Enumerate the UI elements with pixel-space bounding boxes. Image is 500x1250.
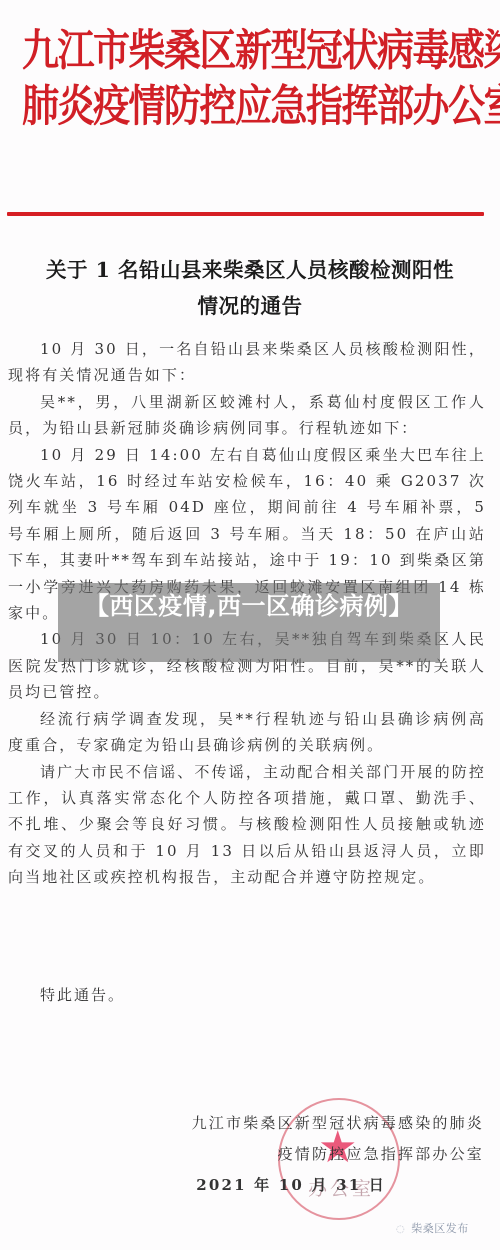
signature-block: 九江市柴桑区新型冠状病毒感染的肺炎 疫情防控应急指挥部办公室 2021 年 10…	[174, 1108, 484, 1201]
notice-document: 九江市柴桑区新型冠状病毒感染的 肺炎疫情防控应急指挥部办公室 关于 1 名铅山县…	[0, 0, 500, 1250]
signature-org-line-2: 疫情防控应急指挥部办公室	[174, 1139, 484, 1170]
body-paragraph-appeal: 请广大市民不信谣、不传谣，主动配合相关部门开展的防控工作，认真落实常态化个人防控…	[8, 759, 486, 891]
source-watermark: ◌柴桑区发布	[396, 1220, 469, 1236]
closing-remark: 特此通告。	[40, 984, 125, 1005]
issuing-authority-header: 九江市柴桑区新型冠状病毒感染的 肺炎疫情防控应急指挥部办公室	[22, 24, 482, 135]
notice-title-line-1: 关于 1 名铅山县来柴桑区人员核酸检测阳性	[0, 252, 500, 288]
notice-title: 关于 1 名铅山县来柴桑区人员核酸检测阳性 情况的通告	[0, 252, 500, 324]
body-paragraph-investigation: 经流行病学调查发现，吴**行程轨迹与铅山县确诊病例高度重合，专家确定为铅山县确诊…	[8, 706, 486, 759]
caption-overlay: 【西区疫情,西一区确诊病例】	[58, 583, 440, 662]
body-paragraph-intro: 10 月 30 日，一名自铅山县来柴桑区人员核酸检测阳性，现将有关情况通告如下：	[8, 336, 486, 389]
wechat-icon: ◌	[396, 1224, 405, 1235]
body-paragraph-person: 吴**，男，八里湖新区蛟滩村人，系葛仙村度假区工作人员，为铅山县新冠肺炎确诊病例…	[8, 389, 486, 442]
signature-date: 2021 年 10 月 31 日	[174, 1170, 484, 1201]
caption-text: 【西区疫情,西一区确诊病例】	[58, 589, 440, 623]
header-line-2: 肺炎疫情防控应急指挥部办公室	[22, 79, 482, 134]
watermark-text: 柴桑区发布	[411, 1222, 469, 1235]
notice-title-line-2: 情况的通告	[0, 288, 500, 324]
signature-org-line-1: 九江市柴桑区新型冠状病毒感染的肺炎	[174, 1108, 484, 1139]
header-line-1: 九江市柴桑区新型冠状病毒感染的	[22, 24, 482, 79]
red-divider	[7, 212, 484, 216]
